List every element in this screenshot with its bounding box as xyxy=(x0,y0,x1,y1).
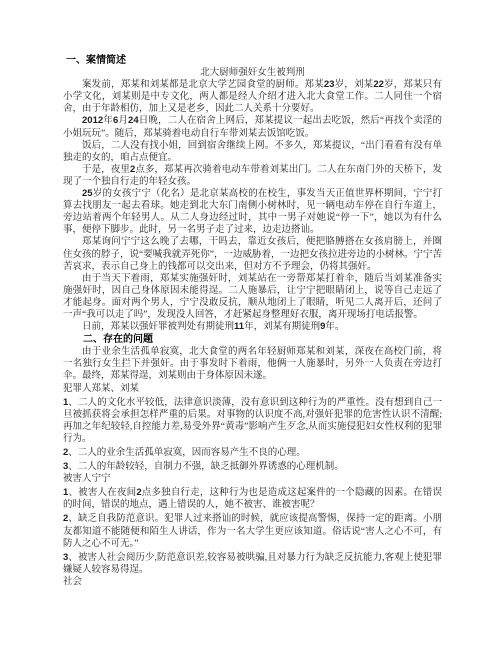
text-run: 犯罪人郑某、刘某 xyxy=(63,384,139,394)
section-heading: 一、案情简述 xyxy=(63,55,442,67)
text-run: 被害人宁宁 xyxy=(63,474,111,484)
numbered-item: 2、缺乏自我防范意识。犯罪人过来搭讪的时候，就应该提高警惕，保持一定的距离。小朋… xyxy=(63,513,442,549)
text-run: 、二人的业余生活孤单寂寞，因而容易产生不良的心理。 xyxy=(68,448,306,458)
bold-text-run: 11 xyxy=(234,321,244,332)
text-run: 由于当天下着雨，郑某实施强奸时，刘某站在一旁帮郑某打着伞，随后当刘某准备实施强奸… xyxy=(63,274,442,320)
section-heading: 二、存在的问题 xyxy=(63,334,442,346)
subject-label: 犯罪人郑某、刘某 xyxy=(63,383,442,395)
body-paragraph: 日前，郑某以强奸罪被判处有期徒刑11年，刘某有期徒刑9年。 xyxy=(63,321,442,333)
bold-text-run: 二、存在的问题 xyxy=(83,334,153,345)
bold-text-run: 23 xyxy=(324,79,335,90)
text-run: 、二人的文化水平较低，法律意识淡薄，没有意识到这种行为的严重性。没有想到自己一旦… xyxy=(63,398,442,444)
text-run: 岁的女孩宁宁（化名）是北京某高校的在校生，事发当天正值世界杯期间，宁宁打算去找朋… xyxy=(63,189,442,235)
body-paragraph: 2012年6月24日晚，二人在宿舍上网后，郑某提议一起出去吃饭，然后“再找个卖淫… xyxy=(63,115,442,139)
text-run: 岁，刘某 xyxy=(334,80,373,90)
body-paragraph: 25岁的女孩宁宁（化名）是北京某高校的在校生，事发当天正值世界杯期间，宁宁打算去… xyxy=(63,188,442,236)
text-run: 、被害人社会阅历少,防范意识差,较容易被哄骗,且对暴力行为缺乏反抗能力,客观上使… xyxy=(63,553,442,575)
text-run: 日前，郑某以强奸罪被判处有期徒刑 xyxy=(82,322,234,332)
numbered-item: 3、二人的年龄较轻，自制力不强，缺乏抵御外界诱惑的心理机制。 xyxy=(63,461,442,473)
text-run: 于是，夜里 xyxy=(82,165,130,175)
text-run: 、二人的年龄较轻，自制力不强，缺乏抵御外界诱惑的心理机制。 xyxy=(68,462,344,472)
subject-label: 被害人宁宁 xyxy=(63,473,442,485)
body-paragraph: 案发前，郑某和刘某都是北京大学艺园食堂的厨师。郑某23岁，刘某22岁，郑某只有小… xyxy=(63,79,442,115)
text-run: 由于业余生活孤单寂寞，北大食堂的两名年轻厨师郑某和刘某，深夜在高校门前，将一名独… xyxy=(63,347,442,381)
body-paragraph: 由于业余生活孤单寂寞，北大食堂的两名年轻厨师郑某和刘某，深夜在高校门前，将一名独… xyxy=(63,346,442,382)
bold-text-run: 24 xyxy=(128,115,139,126)
body-paragraph: 于是，夜里2点多，郑某再次骑着电动车带着刘某出门。二人在东南门外的天桥下，发现了… xyxy=(63,164,442,188)
subject-label: 社会 xyxy=(63,576,442,588)
text-run: 社会 xyxy=(63,577,82,587)
bold-text-run: 22 xyxy=(373,79,384,90)
numbered-item: 2、二人的业余生活孤单寂寞，因而容易产生不良的心理。 xyxy=(63,447,442,459)
body-paragraph: 由于当天下着雨，郑某实施强奸时，刘某站在一旁帮郑某打着伞，随后当刘某准备实施强奸… xyxy=(63,273,442,321)
text-run: 月 xyxy=(118,116,128,126)
text-run: 北大厨师强奸女生被判刑 xyxy=(200,68,305,78)
text-run: 案发前，郑某和刘某都是北京大学艺园食堂的厨师。郑某 xyxy=(82,80,324,90)
document-body: 一、案情简述北大厨师强奸女生被判刑案发前，郑某和刘某都是北京大学艺园食堂的厨师。… xyxy=(63,54,442,588)
text-run: 郑某询问宁宁这么晚了去哪，干吗去，靠近女孩后，便把胳膊搭在女孩肩膀上，并圈住女孩… xyxy=(63,237,442,271)
numbered-item: 3、被害人社会阅历少,防范意识差,较容易被哄骗,且对暴力行为缺乏反抗能力,客观上… xyxy=(63,552,442,576)
text-run: 、被害人在夜间 xyxy=(68,488,136,498)
numbered-item: 1、二人的文化水平较低，法律意识淡薄，没有意识到这种行为的严重性。没有想到自己一… xyxy=(63,397,442,445)
text-run: 年。 xyxy=(325,322,344,332)
bold-text-run: 2012 xyxy=(82,115,103,126)
bold-text-run: 25 xyxy=(82,188,93,199)
text-run: 、缺乏自我防范意识。犯罪人过来搭讪的时候，就应该提高警惕，保持一定的距离。小朋友… xyxy=(63,514,442,548)
body-paragraph: 郑某询问宁宁这么晚了去哪，干吗去，靠近女孩后，便把胳膊搭在女孩肩膀上，并圈住女孩… xyxy=(63,236,442,272)
body-paragraph: 饭后，二人没有找小姐，回到宿舍继续上网。不多久，郑某提议，“出门看看有没有单独走… xyxy=(63,140,442,164)
text-run: 年，刘某有期徒刑 xyxy=(244,322,320,332)
text-run: 年 xyxy=(103,116,113,126)
numbered-item: 1、被害人在夜间2点多独自行走，这种行为也是造成这起案件的一个隐藏的因素。在错误… xyxy=(63,487,442,511)
doc-title: 北大厨师强奸女生被判刑 xyxy=(63,67,442,79)
bold-text-run: 一、案情简述 xyxy=(66,55,126,66)
document-page: 一、案情简述北大厨师强奸女生被判刑案发前，郑某和刘某都是北京大学艺园食堂的厨师。… xyxy=(0,0,502,649)
text-run: 饭后，二人没有找小姐，回到宿舍继续上网。不多久，郑某提议，“出门看看有没有单独走… xyxy=(63,141,442,163)
